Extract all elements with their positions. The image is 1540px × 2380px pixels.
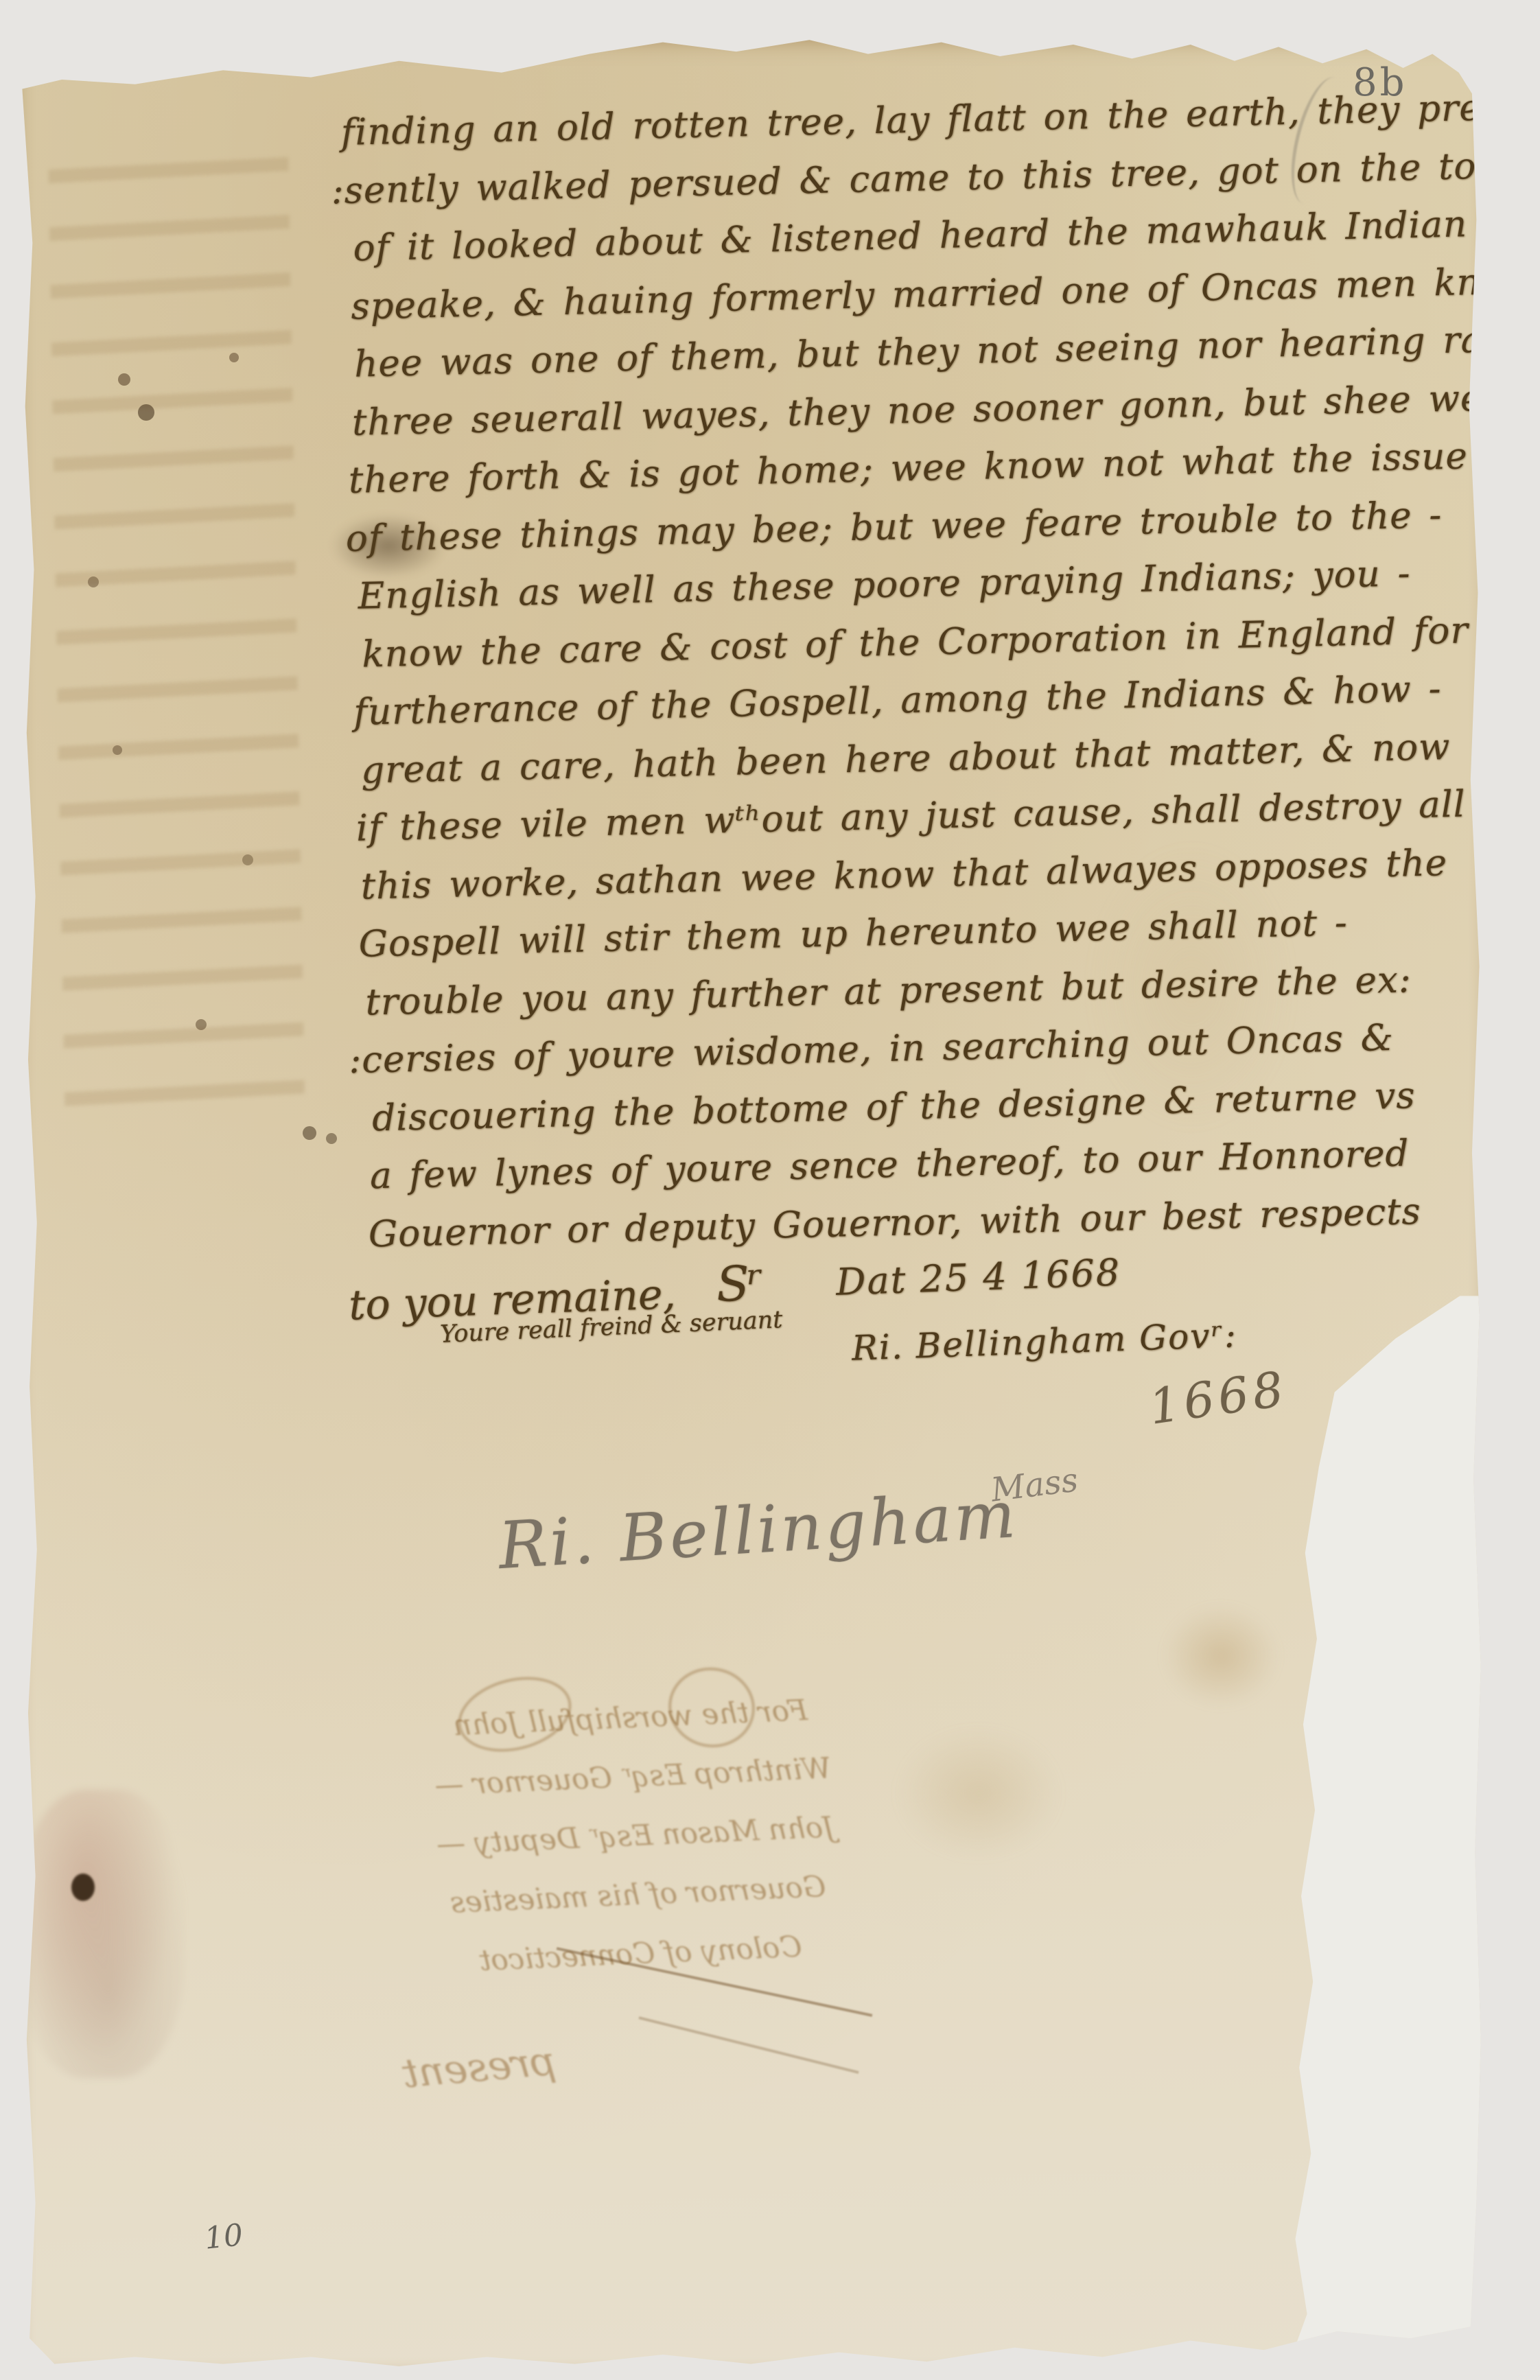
closing-flourish: Sʳ: [715, 1255, 761, 1313]
manuscript-scan: { "marks": { "folio_number": "8b", "page…: [0, 0, 1540, 2380]
paper-sheet: 8b finding an old rotten tree, lay flatt…: [18, 33, 1484, 2366]
bleedthrough-docket: present: [400, 2037, 557, 2097]
stain-patch: [896, 1728, 1061, 1858]
letter-body: finding an old rotten tree, lay flatt on…: [340, 80, 1504, 1264]
torn-backing-area: [1287, 1296, 1484, 2368]
ink-specks: [18, 33, 25, 40]
pen-stroke: [638, 2016, 859, 2074]
ghost-text-column: [48, 134, 305, 1112]
pencil-signature: Ri. Bellingham: [496, 1478, 1020, 1584]
stain-patch: [1163, 1605, 1279, 1707]
bleedthrough-address: For the worshipfull John Winthrop Esqʳ G…: [396, 1678, 875, 1993]
ink-signature: Ri. Bellingham Govʳ:: [851, 1315, 1237, 1368]
dark-spot: [71, 1874, 95, 1901]
page-number: 10: [202, 2217, 244, 2256]
year-annotation: 1668: [1145, 1360, 1291, 1435]
dateline: Dat 25 4 1668: [835, 1250, 1121, 1303]
damage-patch: [19, 1790, 184, 2078]
